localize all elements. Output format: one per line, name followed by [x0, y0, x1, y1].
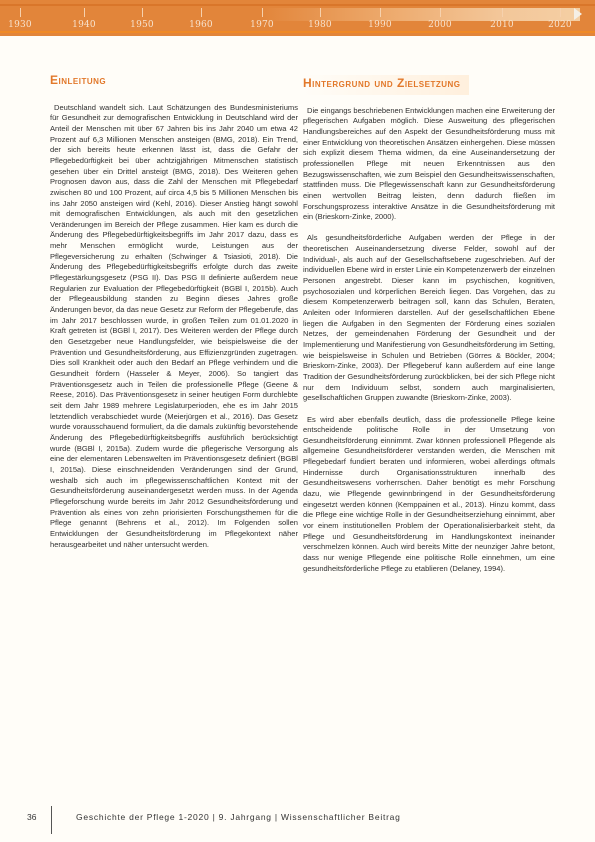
body-paragraph: Die eingangs beschriebenen Entwicklungen… [303, 106, 555, 223]
running-head: Geschichte der Pflege 1-2020 | 9. Jahrga… [76, 812, 401, 822]
timeline-arrow-icon [574, 8, 582, 20]
timeline-year: 2020 [545, 20, 575, 30]
timeline-tick: 2000 [425, 8, 455, 30]
timeline-tick: 1950 [127, 8, 157, 30]
timeline-year: 2010 [487, 20, 517, 30]
timeline-year: 1960 [186, 20, 216, 30]
timeline-tick: 1980 [305, 8, 335, 30]
body-paragraph: Als gesundheitsförderliche Aufgaben werd… [303, 233, 555, 404]
timeline-top-rule [0, 4, 595, 6]
left-column: Einleitung Deutschland wandelt sich. Lau… [50, 72, 298, 550]
page-footer: 36 Geschichte der Pflege 1-2020 | 9. Jah… [0, 806, 595, 836]
timeline-tick: 1990 [365, 8, 395, 30]
timeline-year: 1970 [247, 20, 277, 30]
timeline-tick: 1930 [5, 8, 35, 30]
timeline-year: 1950 [127, 20, 157, 30]
timeline-tick: 1940 [69, 8, 99, 30]
timeline-year: 1940 [69, 20, 99, 30]
body-paragraph: Es wird aber ebenfalls deutlich, dass di… [303, 415, 555, 575]
timeline-baseline [0, 31, 595, 33]
timeline-year: 1990 [365, 20, 395, 30]
right-column: Hintergrund und Zielsetzung Die eingangs… [303, 72, 555, 574]
timeline-year: 2000 [425, 20, 455, 30]
timeline-year: 1980 [305, 20, 335, 30]
page-number: 36 [27, 812, 36, 822]
decade-timeline-banner: 1930 1940 1950 1960 1970 1980 1990 2000 … [0, 0, 595, 36]
footer-divider [51, 806, 52, 834]
timeline-tick: 1960 [186, 8, 216, 30]
body-paragraph: Deutschland wandelt sich. Laut Schätzung… [50, 103, 298, 551]
section-heading-einleitung: Einleitung [50, 72, 298, 92]
timeline-tick: 2010 [487, 8, 517, 30]
section-heading-hintergrund: Hintergrund und Zielsetzung [303, 75, 469, 95]
timeline-year: 1930 [5, 20, 35, 30]
timeline-tick: 2020 [545, 8, 575, 30]
timeline-tick: 1970 [247, 8, 277, 30]
